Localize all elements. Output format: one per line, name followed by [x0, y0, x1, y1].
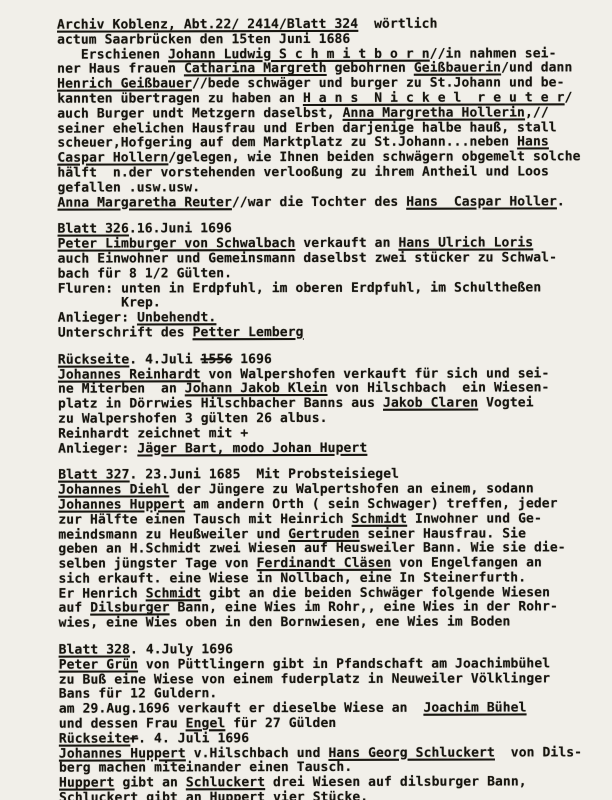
- text-segment: .: [557, 194, 565, 209]
- underlined-text: Geißbauerin: [414, 61, 501, 76]
- underlined-text: Anna Margretha Hollerin: [343, 105, 525, 120]
- text-segment: am andern Orth ( sein Schwager) treffen,…: [185, 496, 558, 512]
- underlined-text: Hans Ulrich Loris: [398, 236, 533, 251]
- text-segment: zu Walpershofen 3 gülten 26 albus.: [58, 411, 328, 427]
- underlined-text: Petter Lemberg: [193, 325, 304, 340]
- underlined-text: Schmidt: [352, 511, 408, 526]
- text-segment: berg machen miteinander einen Tausch.: [59, 760, 352, 776]
- underlined-text: Johannes Diehl: [58, 482, 169, 497]
- underlined-text: Peter Grün: [59, 657, 138, 672]
- underlined-text: Jakob Claren: [383, 396, 478, 411]
- text-segment: Fluren: unten in Erdpfuhl, im oberen Erd…: [58, 280, 542, 296]
- text-segment: . 4. Juli 1696: [138, 731, 249, 746]
- underlined-text: Rückseite: [58, 352, 129, 367]
- text-segment: scheuer,Hofgering auf dem Marktplatz zu …: [57, 135, 517, 151]
- text-line: Unterschrift des Petter Lemberg: [58, 325, 608, 341]
- text-segment: meindsmann zu Heußweiler und: [58, 527, 288, 543]
- text-segment: Krep.: [58, 296, 161, 311]
- text-segment: auch Burger undt Metzgern daselbst,: [57, 106, 342, 122]
- text-segment: /gelegen, wie Ihnen beiden schwägern obg…: [168, 149, 580, 165]
- text-segment: gebohrnen: [327, 61, 414, 76]
- underlined-text: Rückseite: [59, 731, 130, 746]
- text-line: platz in Dörrwies Hilschbacher Banns aus…: [58, 396, 608, 412]
- underlined-text: Schluckert: [59, 790, 138, 800]
- text-line: Krep.: [58, 296, 608, 312]
- text-segment: wörtlich: [358, 17, 437, 32]
- text-segment: zur Hälfte einen Tausch mit Heinrich: [58, 512, 351, 528]
- underlined-text: Archiv Koblenz, Abt.22/ 2414/Blatt 324: [57, 17, 358, 33]
- text-segment: seiner Hausfrau. Sie: [360, 526, 527, 541]
- underlined-text: Hans: [517, 135, 549, 150]
- text-segment: der Jüngere zu Walpertshofen an einem, s…: [169, 482, 534, 498]
- text-segment: und dessen Frau: [59, 716, 186, 731]
- text-segment: Erschienen: [57, 47, 168, 62]
- text-segment: 1696: [232, 352, 272, 367]
- text-segment: ne Miterben an: [58, 382, 185, 397]
- text-segment: geben an H.Schmidt zwei Wiesen auf Heusw…: [58, 541, 565, 557]
- text-segment: Anlieger:: [58, 441, 137, 456]
- text-segment: actum Saarbrücken den 15ten Juni 1686: [57, 32, 350, 48]
- underlined-text: Peter Limburger von Schwalbach: [58, 236, 296, 252]
- underlined-text: Gertruden: [288, 526, 359, 541]
- text-line: Anlieger: Jäger Bart, modo Johan Hupert: [58, 441, 608, 457]
- underlined-text: Hans Caspar Holler: [406, 194, 557, 209]
- text-segment: Vogtei: [478, 396, 534, 411]
- underlined-text: Blatt 327: [58, 468, 129, 483]
- text-segment: platz in Dörrwies Hilschbacher Banns aus: [58, 396, 383, 412]
- text-segment: zu Buß eine Wiese von einem fuderplatz i…: [59, 671, 550, 687]
- text-segment: auch Einwohner und Gemeinsmann daselbst …: [58, 250, 557, 266]
- underlined-text: Caspar Hollern: [57, 151, 168, 166]
- underlined-text: Johann Jakob Klein: [185, 381, 328, 396]
- text-segment: Bann, eine Wies im Rohr,, eine Wies in d…: [170, 600, 558, 616]
- text-segment: kannten übertragen zu haben an: [57, 91, 303, 107]
- text-segment: .16.Juni 1696: [129, 222, 232, 237]
- text-segment: /und dann: [501, 61, 572, 76]
- underlined-text: Henrich Geißbauer: [57, 76, 192, 91]
- underlined-text: Huppert: [59, 776, 115, 791]
- text-segment: ner Haus frauen: [57, 62, 184, 77]
- text-line: Fluren: unten in Erdpfuhl, im oberen Erd…: [58, 281, 608, 297]
- text-segment: wies, eine Wies oben in den Bornwiesen, …: [59, 615, 511, 631]
- text-line: zu Walpershofen 3 gülten 26 albus.: [58, 411, 608, 427]
- text-segment: selben jüngster Tage von: [58, 556, 256, 572]
- text-segment: drei Wiesen auf dilsburger Bann,: [265, 775, 527, 791]
- typewritten-page: Archiv Koblenz, Abt.22/ 2414/Blatt 324 w…: [0, 0, 612, 800]
- text-segment: v.Hilschbach und: [186, 746, 329, 761]
- text-segment: bach für 8 1/2 Gülten.: [58, 266, 232, 281]
- text-segment: gibt an: [114, 776, 185, 791]
- underlined-text: Schmidt: [146, 586, 202, 601]
- underlined-text: Engel: [186, 716, 226, 731]
- text-segment: . 23.Juni 1685 Mit Probsteisiegel: [130, 467, 400, 483]
- text-segment: . 4.July 1696: [130, 642, 233, 657]
- underlined-text: Anna Margaretha Reuter: [57, 195, 231, 210]
- underlined-text: Dilsburger: [90, 601, 169, 616]
- text-segment: Anlieger:: [58, 311, 137, 326]
- text-segment: hälft n.der vorstehenden verlooßung zu i…: [57, 164, 548, 180]
- underlined-text: Schluckert: [186, 775, 265, 790]
- underlined-text: Blatt 328: [59, 643, 130, 658]
- text-segment: ,//: [525, 105, 549, 120]
- text-line: und dessen Frau Engel für 27 Gülden: [59, 716, 609, 732]
- text-segment: Bans für 12 Guldern.: [59, 687, 218, 702]
- text-segment: für 27 Gülden: [225, 716, 336, 731]
- underlined-text: Catharina Margreth: [184, 61, 327, 76]
- text-segment: von Hilschbach ein Wiesen-: [327, 381, 549, 397]
- underlined-text: Johannes Reinhardt: [58, 367, 201, 382]
- text-segment: vier Stücke.: [265, 790, 368, 800]
- underlined-text: Joachim Bühel: [423, 701, 526, 716]
- text-segment: gefallen .usw.usw.: [57, 180, 200, 195]
- text-segment: am 29.Aug.1696 verkauft er dieselbe Wies…: [59, 701, 424, 717]
- text-segment: . 4.Juli: [129, 352, 200, 367]
- struck-text: 1556: [201, 352, 233, 367]
- text-segment: sich erkauft. eine Wiese in Nollbach, ei…: [58, 570, 526, 586]
- underlined-text: Johann Ludwig S c h m i t b o r n: [168, 46, 430, 62]
- text-line: wies, eine Wies oben in den Bornwiesen, …: [59, 615, 609, 631]
- underlined-text: Unbehendt.: [137, 310, 216, 325]
- text-segment: von Engelfangen an: [391, 555, 542, 570]
- underlined-text: Blatt 326: [58, 222, 129, 237]
- text-segment: Er Henrich: [58, 586, 145, 601]
- underlined-text: Jäger Bart, modo Johan Hupert: [137, 440, 367, 456]
- text-segment: von Püttlingern gibt in Pfandschaft am J…: [138, 656, 550, 672]
- text-line: auch Einwohner und Gemeinsmann daselbst …: [58, 251, 608, 267]
- text-segment: Unterschrift des: [58, 325, 193, 340]
- text-segment: //bede schwäger und burger zu St.Johann …: [192, 76, 565, 92]
- text-line: Anna Margaretha Reuter//war die Tochter …: [57, 195, 607, 211]
- text-line: hälft n.der vorstehenden verlooßung zu i…: [57, 165, 607, 181]
- text-line: Anlieger: Unbehendt.: [58, 310, 608, 326]
- underlined-text: Johannes Huppert: [59, 746, 186, 761]
- underlined-text: Johannes Huppert: [58, 497, 185, 512]
- underlined-text: H a n s N i c k e l r e u t e r: [303, 90, 565, 106]
- text-segment: Reinhardt zeichnet mit +: [58, 426, 248, 441]
- text-segment: Inwohner und Ge-: [407, 511, 542, 526]
- underlined-text: Ferdinandt Cläsen: [257, 556, 392, 571]
- text-segment: auf: [59, 601, 91, 616]
- text-segment: gibt an: [138, 790, 209, 800]
- underlined-text: Hans Georg Schluckert: [328, 745, 495, 760]
- text-line: Schluckert gibt an Huppert vier Stücke.: [59, 790, 609, 800]
- underlined-text: Huppert: [210, 790, 266, 800]
- text-segment: /: [565, 90, 573, 105]
- text-segment: //war die Tochter des: [232, 194, 406, 209]
- text-segment: verkauft an: [295, 236, 398, 251]
- text-segment: //in nahmen sei-: [430, 46, 557, 61]
- text-segment: von Dils-: [495, 745, 582, 760]
- text-segment: von Walpershofen verkauft für sich und s…: [201, 366, 550, 382]
